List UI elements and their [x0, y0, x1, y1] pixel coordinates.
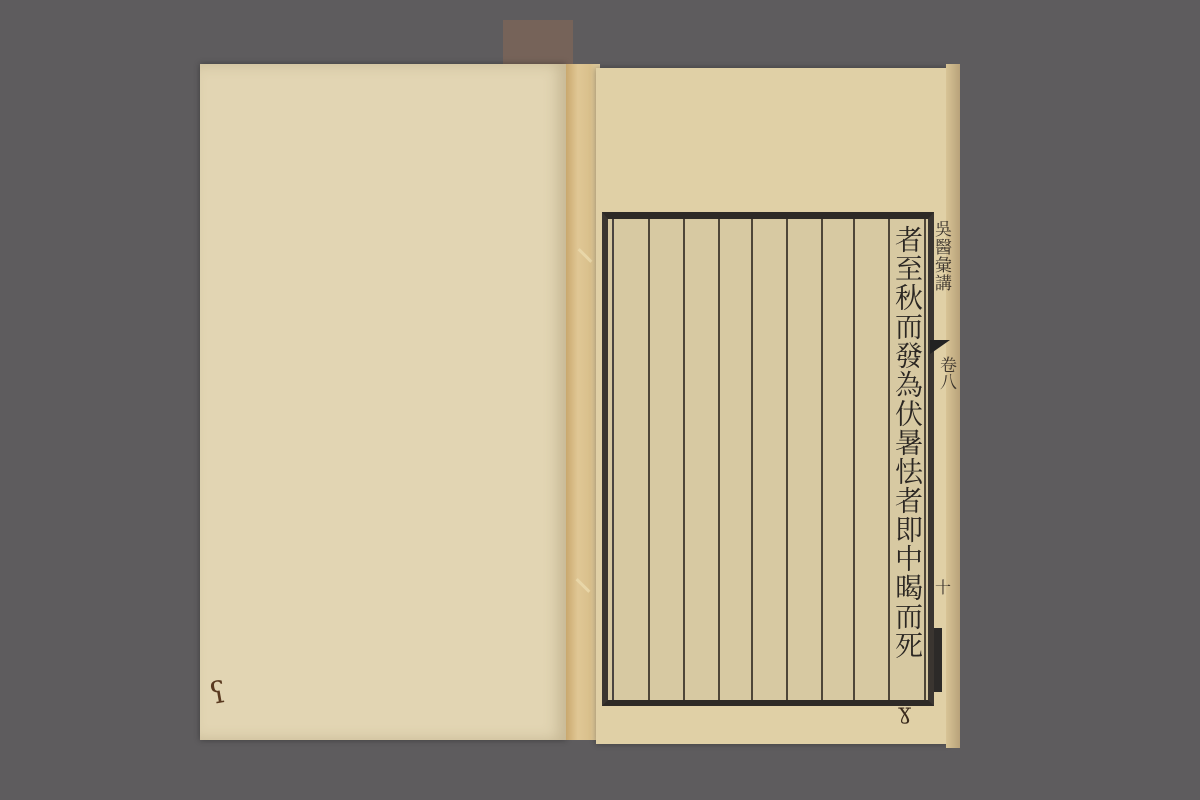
- binding-thread-top: [578, 248, 593, 263]
- main-text-column: 者至秋而發為伏暑怯者即中暍而死: [892, 225, 922, 660]
- fishtail-mark-icon: [930, 340, 950, 354]
- margin-black-block: [934, 628, 942, 692]
- column-rule: [751, 219, 753, 700]
- column-rule: [821, 219, 823, 700]
- left-blank-page: ʕ: [200, 64, 566, 740]
- column-rule: [718, 219, 720, 700]
- frame-double-line: [612, 219, 614, 700]
- handwritten-mark: ʕ: [207, 675, 229, 712]
- binding-thread-bottom: [576, 578, 591, 593]
- column-rule: [683, 219, 685, 700]
- handwritten-mark-bottom: ɣ: [898, 700, 911, 725]
- margin-volume-number: 卷八: [934, 356, 959, 390]
- column-rule: [888, 219, 890, 700]
- column-rule: [786, 219, 788, 700]
- printed-frame: 者至秋而發為伏暑怯者即中暍而死: [602, 212, 934, 706]
- column-rule: [924, 219, 926, 700]
- book-fore-edge: [946, 64, 960, 748]
- column-rule: [648, 219, 650, 700]
- column-rule: [853, 219, 855, 700]
- margin-book-title: 吳醫彙講: [932, 220, 954, 292]
- book-gutter: [566, 64, 600, 740]
- margin-page-number: 十: [935, 575, 951, 598]
